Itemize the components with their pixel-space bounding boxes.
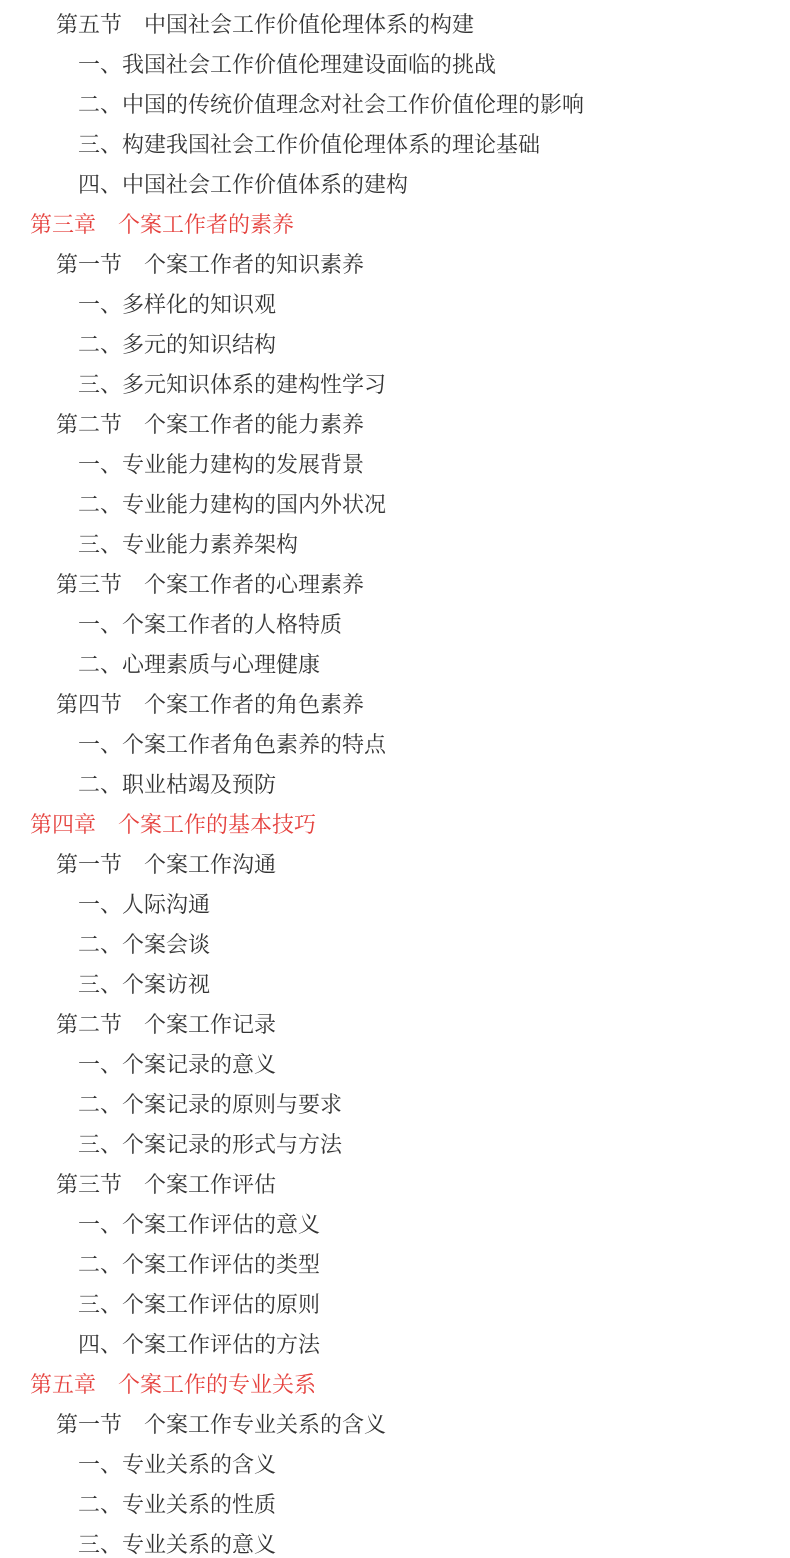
toc-item: 四、中国社会工作价值体系的建构 — [78, 165, 790, 205]
toc-section: 第三节 个案工作评估 — [56, 1165, 790, 1205]
toc-item: 一、我国社会工作价值伦理建设面临的挑战 — [78, 45, 790, 85]
toc-section: 第一节 个案工作者的知识素养 — [56, 245, 790, 285]
toc-item: 二、个案记录的原则与要求 — [78, 1085, 790, 1125]
toc-item: 三、多元知识体系的建构性学习 — [78, 365, 790, 405]
toc-section: 第一节 个案工作沟通 — [56, 845, 790, 885]
toc-item: 四、个案工作评估的方法 — [78, 1325, 790, 1365]
toc-section: 第二节 个案工作记录 — [56, 1005, 790, 1045]
toc-chapter: 第三章 个案工作者的素养 — [30, 205, 790, 245]
toc-section: 第四节 个案工作者的角色素养 — [56, 685, 790, 725]
toc-item: 二、个案会谈 — [78, 925, 790, 965]
toc-item: 三、个案记录的形式与方法 — [78, 1125, 790, 1165]
toc-item: 一、多样化的知识观 — [78, 285, 790, 325]
toc-item: 三、构建我国社会工作价值伦理体系的理论基础 — [78, 125, 790, 165]
toc-item: 三、专业关系的意义 — [78, 1525, 790, 1558]
toc-section: 第三节 个案工作者的心理素养 — [56, 565, 790, 605]
toc-item: 二、个案工作评估的类型 — [78, 1245, 790, 1285]
toc-item: 一、个案工作者的人格特质 — [78, 605, 790, 645]
toc-item: 二、中国的传统价值理念对社会工作价值伦理的影响 — [78, 85, 790, 125]
toc-item: 三、个案工作评估的原则 — [78, 1285, 790, 1325]
toc-section: 第五节 中国社会工作价值伦理体系的构建 — [56, 5, 790, 45]
toc-item: 一、个案记录的意义 — [78, 1045, 790, 1085]
toc-item: 三、个案访视 — [78, 965, 790, 1005]
toc-item: 一、个案工作者角色素养的特点 — [78, 725, 790, 765]
toc-item: 一、个案工作评估的意义 — [78, 1205, 790, 1245]
toc-chapter: 第四章 个案工作的基本技巧 — [30, 805, 790, 845]
toc-item: 二、多元的知识结构 — [78, 325, 790, 365]
table-of-contents: 第五节 中国社会工作价值伦理体系的构建一、我国社会工作价值伦理建设面临的挑战二、… — [0, 0, 790, 1558]
toc-section: 第二节 个案工作者的能力素养 — [56, 405, 790, 445]
toc-item: 一、专业关系的含义 — [78, 1445, 790, 1485]
toc-item: 一、专业能力建构的发展背景 — [78, 445, 790, 485]
toc-chapter: 第五章 个案工作的专业关系 — [30, 1365, 790, 1405]
toc-section: 第一节 个案工作专业关系的含义 — [56, 1405, 790, 1445]
toc-item: 一、人际沟通 — [78, 885, 790, 925]
toc-item: 二、专业关系的性质 — [78, 1485, 790, 1525]
toc-item: 二、心理素质与心理健康 — [78, 645, 790, 685]
toc-item: 三、专业能力素养架构 — [78, 525, 790, 565]
toc-item: 二、专业能力建构的国内外状况 — [78, 485, 790, 525]
toc-item: 二、职业枯竭及预防 — [78, 765, 790, 805]
